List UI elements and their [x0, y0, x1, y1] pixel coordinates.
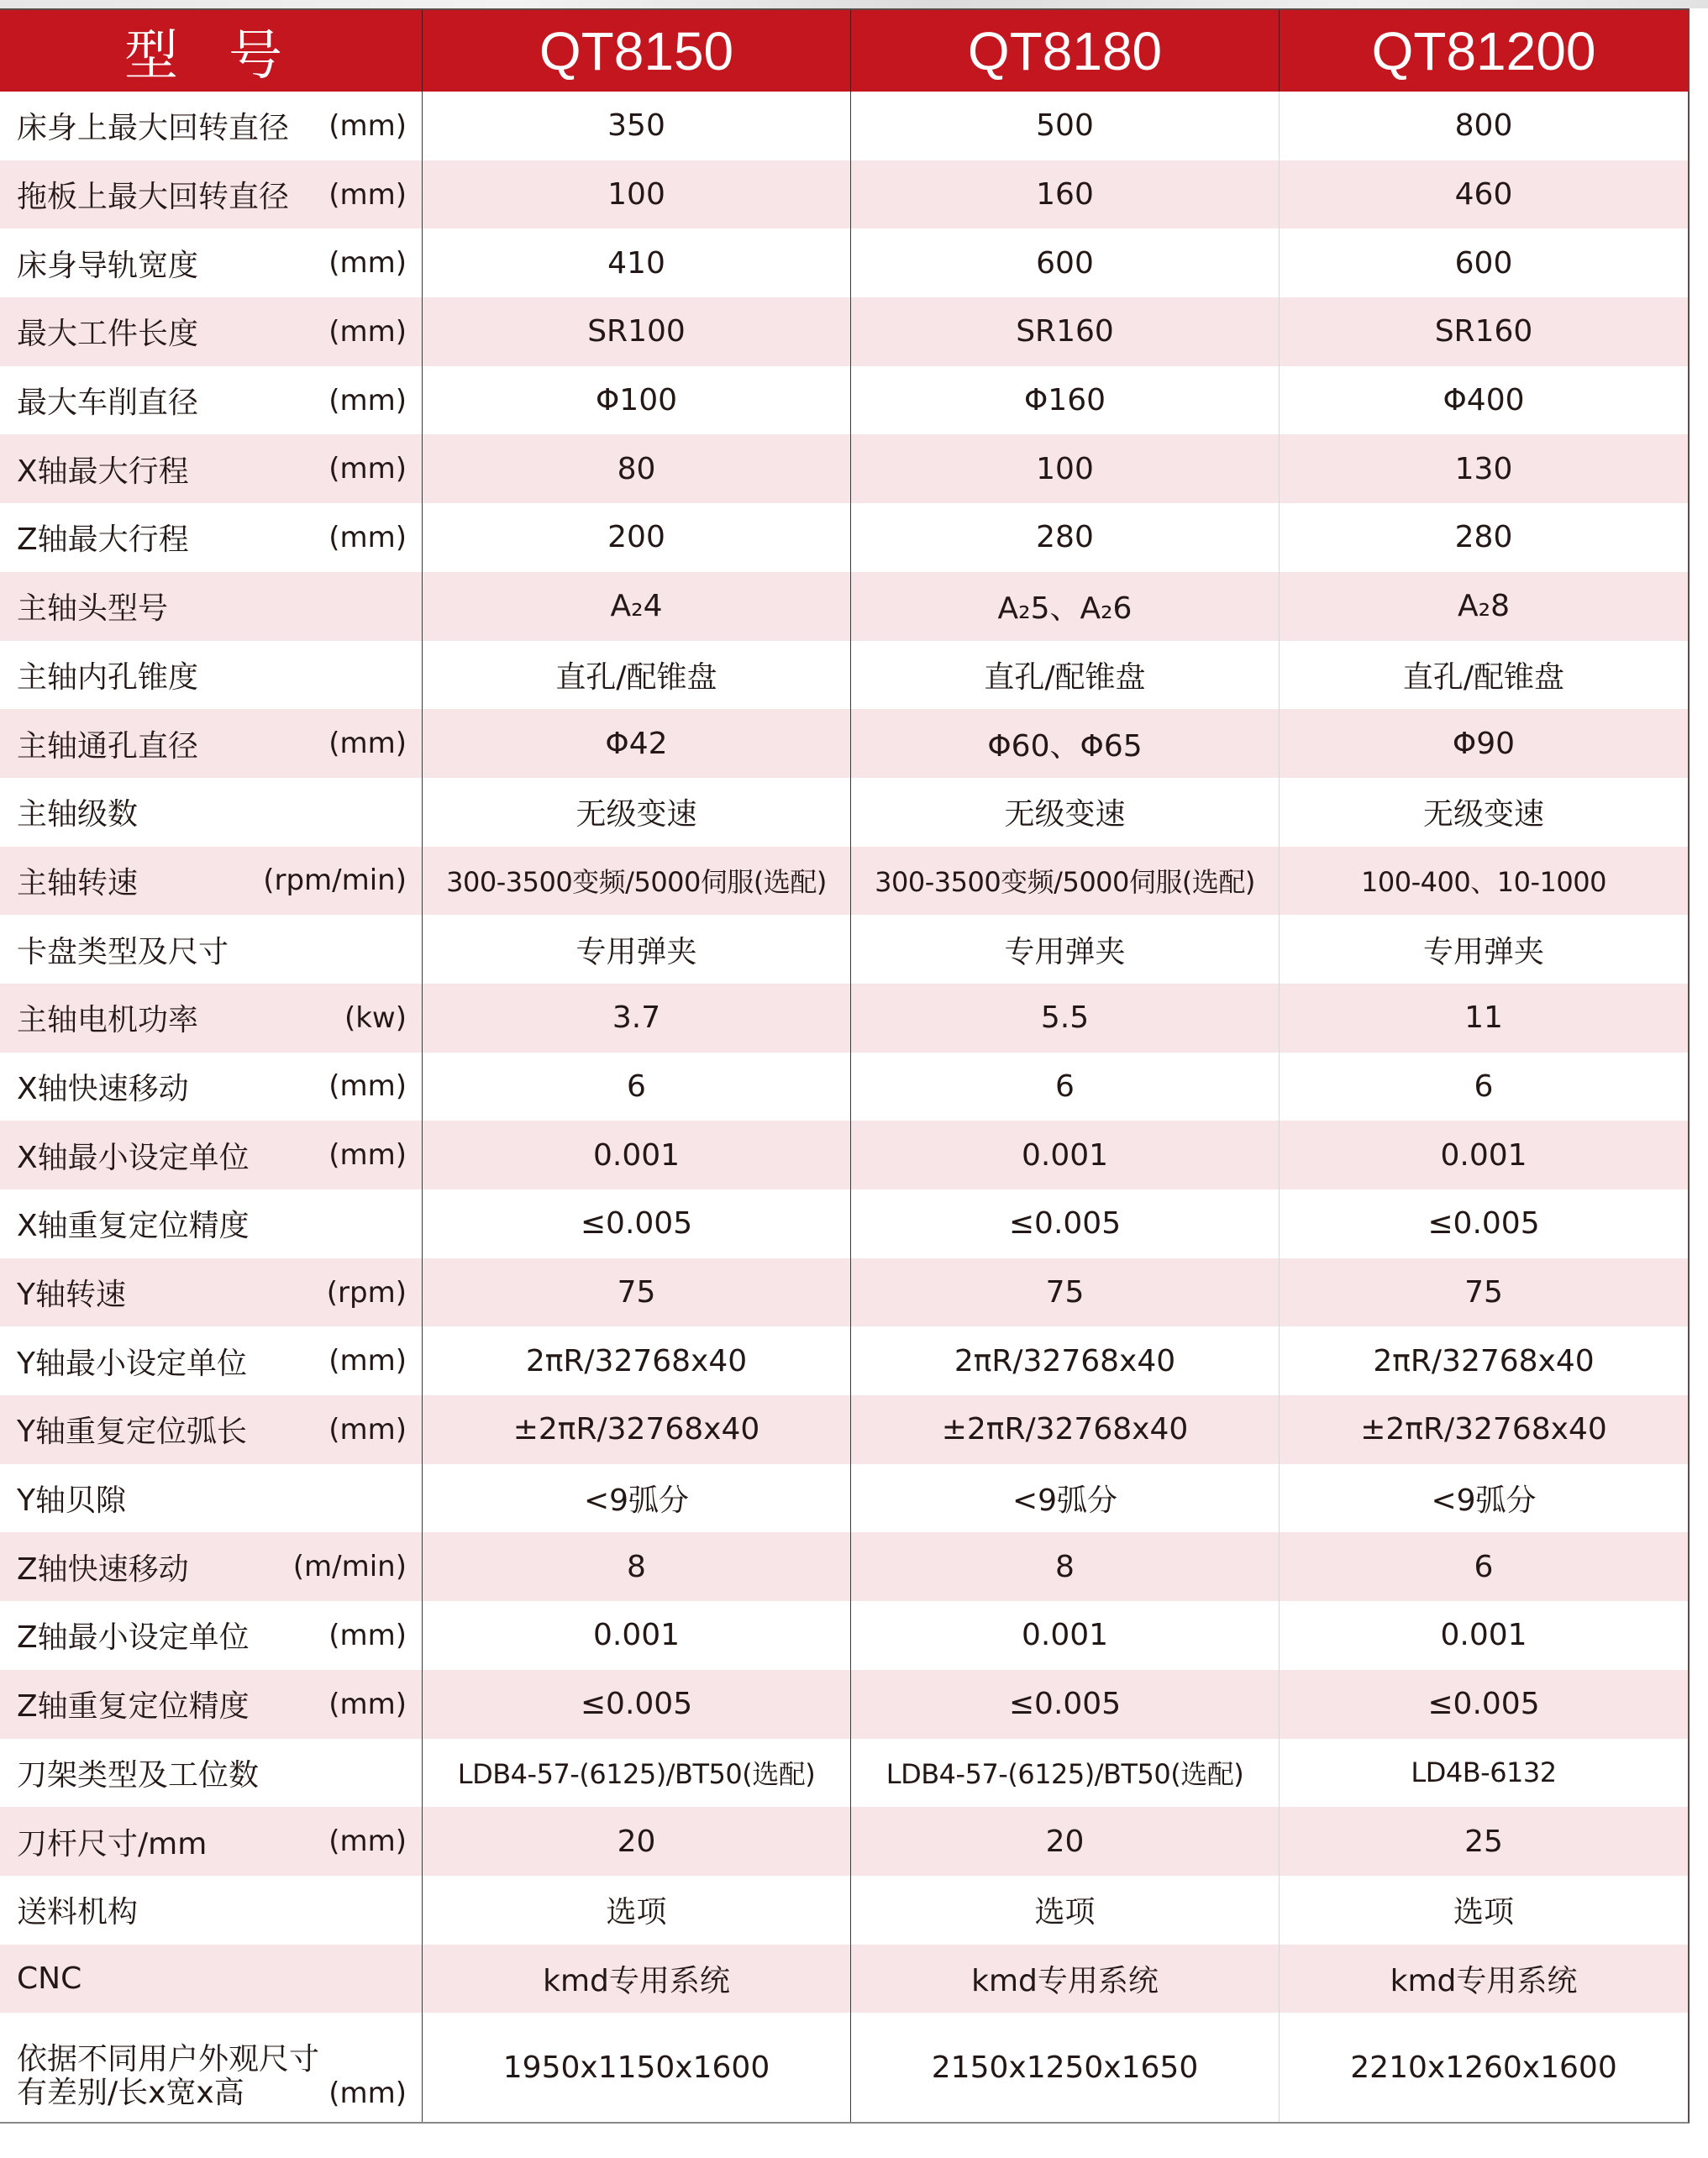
row-label-cell: 床身上最大回转直径(mm) — [0, 92, 423, 160]
row-label: Y轴转速 — [17, 1271, 126, 1314]
table-row: 最大工件长度(mm)SR100SR160SR160 — [0, 297, 1688, 366]
value-qt8180: 专用弹夹 — [851, 915, 1280, 984]
value-qt81200: 130 — [1280, 434, 1688, 503]
spec-table: 型号 QT8150 QT8180 QT81200 床身上最大回转直径(mm)35… — [0, 8, 1690, 2124]
row-label: 主轴级数 — [17, 790, 138, 833]
row-label-cell: 床身导轨宽度(mm) — [0, 228, 423, 297]
row-label-cell: 送料机构 — [0, 1876, 423, 1945]
value-qt8150: 6 — [423, 1053, 851, 1121]
row-label: 床身上最大回转直径 — [17, 104, 289, 147]
row-label-cell: CNC — [0, 1945, 423, 2014]
row-label: X轴最小设定单位 — [17, 1134, 250, 1177]
decorative-top-band — [0, 0, 1708, 8]
row-label-cell: 主轴头型号 — [0, 572, 423, 641]
row-unit: (m/min) — [293, 1550, 407, 1583]
value-qt8150: 0.001 — [423, 1601, 851, 1670]
table-row: 最大车削直径(mm)Φ100Φ160Φ400 — [0, 366, 1688, 435]
value-qt8150: ≤0.005 — [423, 1670, 851, 1739]
value-qt81200: 0.001 — [1280, 1601, 1688, 1670]
table-row-dimensions: 依据不同用户外观尺寸 有差别/长x宽x高 (mm) 1950x1150x1600… — [0, 2013, 1688, 2122]
row-label-cell: X轴快速移动(mm) — [0, 1053, 423, 1121]
table-row: Y轴重复定位弧长(mm)±2πR/32768x40±2πR/32768x40±2… — [0, 1395, 1688, 1464]
value-qt8150: Φ100 — [423, 366, 851, 435]
row-label: 最大工件长度 — [17, 310, 198, 353]
row-label-cell: Z轴快速移动(m/min) — [0, 1532, 423, 1601]
value-qt8150: SR100 — [423, 297, 851, 366]
value-qt8180: 300-3500变频/5000伺服(选配) — [851, 847, 1280, 916]
value-qt8150: 410 — [423, 228, 851, 297]
value-qt8180: 20 — [851, 1807, 1280, 1876]
table-row: X轴最小设定单位(mm)0.0010.0010.001 — [0, 1121, 1688, 1189]
value-qt8150: 2πR/32768x40 — [423, 1326, 851, 1395]
value-qt81200: 6 — [1280, 1053, 1688, 1121]
row-label: X轴最大行程 — [17, 448, 189, 491]
table-row: Z轴重复定位精度(mm)≤0.005≤0.005≤0.005 — [0, 1670, 1688, 1739]
row-label: 床身导轨宽度 — [17, 242, 198, 285]
value-qt81200: 280 — [1280, 503, 1688, 572]
value-qt81200: 直孔/配锥盘 — [1280, 641, 1688, 710]
value-qt8180: 2πR/32768x40 — [851, 1326, 1280, 1395]
value-qt8150: 直孔/配锥盘 — [423, 641, 851, 710]
value-qt8180: 500 — [851, 92, 1280, 160]
value-qt8180: 直孔/配锥盘 — [851, 641, 1280, 710]
value-qt8180: ≤0.005 — [851, 1189, 1280, 1258]
value-qt8150: 3.7 — [423, 984, 851, 1053]
row-label-cell: 主轴转速(rpm/min) — [0, 847, 423, 916]
row-unit: (mm) — [328, 1138, 407, 1172]
row-label-cell: 主轴级数 — [0, 778, 423, 847]
value-qt8180: 8 — [851, 1532, 1280, 1601]
row-unit: (mm) — [328, 246, 407, 280]
value-qt8180: <9弧分 — [851, 1464, 1280, 1533]
value-qt8150: ≤0.005 — [423, 1189, 851, 1258]
value-qt8180: 0.001 — [851, 1601, 1280, 1670]
row-unit: (mm) — [328, 109, 407, 143]
row-unit: (mm) — [328, 452, 407, 486]
row-label: 主轴内孔锥度 — [17, 654, 198, 696]
row-label: 刀杆尺寸/mm — [17, 1820, 207, 1863]
row-unit: (mm) — [328, 521, 407, 554]
value-qt8150: 75 — [423, 1258, 851, 1327]
row-label: 拖板上最大回转直径 — [17, 173, 289, 216]
row-label-cell: 主轴电机功率(kw) — [0, 984, 423, 1053]
value-qt8150: 专用弹夹 — [423, 915, 851, 984]
row-label-line1: 依据不同用户外观尺寸 — [17, 2043, 319, 2077]
value-qt8150: 200 — [423, 503, 851, 572]
row-label: CNC — [17, 1961, 81, 1996]
value-qt8180: Φ160 — [851, 366, 1280, 435]
row-label: Z轴重复定位精度 — [17, 1683, 250, 1725]
value-qt8180: ≤0.005 — [851, 1670, 1280, 1739]
table-header: 型号 QT8150 QT8180 QT81200 — [0, 10, 1688, 92]
table-row: 卡盘类型及尺寸专用弹夹专用弹夹专用弹夹 — [0, 915, 1688, 984]
row-label: 主轴通孔直径 — [17, 722, 198, 765]
value-qt81200: 800 — [1280, 92, 1688, 160]
value-qt8150: kmd专用系统 — [423, 1945, 851, 2014]
table-row: 主轴头型号A₂4A₂5、A₂6A₂8 — [0, 572, 1688, 641]
row-unit: (mm) — [328, 1688, 407, 1721]
value-qt81200: Φ90 — [1280, 709, 1688, 778]
row-label-cell: X轴最小设定单位(mm) — [0, 1121, 423, 1189]
value-qt8180: A₂5、A₂6 — [851, 572, 1280, 641]
table-row: 送料机构选项选项选项 — [0, 1876, 1688, 1945]
row-label: 卡盘类型及尺寸 — [17, 928, 229, 971]
value-qt8180: 2150x1250x1650 — [851, 2013, 1280, 2122]
value-qt81200: 100-400、10-1000 — [1280, 847, 1688, 916]
row-unit: (rpm) — [327, 1276, 407, 1310]
row-unit: (kw) — [344, 1001, 407, 1035]
row-label: Z轴快速移动 — [17, 1546, 189, 1588]
row-label-cell: Y轴贝隙 — [0, 1464, 423, 1533]
table-row: 主轴转速(rpm/min)300-3500变频/5000伺服(选配)300-35… — [0, 847, 1688, 916]
row-label-cell: Y轴重复定位弧长(mm) — [0, 1395, 423, 1464]
value-qt8180: 0.001 — [851, 1121, 1280, 1189]
row-label: Y轴重复定位弧长 — [17, 1408, 247, 1451]
row-label: X轴快速移动 — [17, 1065, 189, 1108]
row-label: 送料机构 — [17, 1888, 138, 1931]
value-qt8150: 1950x1150x1600 — [423, 2013, 851, 2122]
value-qt8150: 8 — [423, 1532, 851, 1601]
row-label: Y轴贝隙 — [17, 1477, 126, 1520]
value-qt8180: 160 — [851, 160, 1280, 229]
value-qt8180: 5.5 — [851, 984, 1280, 1053]
row-label-cell: Z轴重复定位精度(mm) — [0, 1670, 423, 1739]
value-qt81200: 专用弹夹 — [1280, 915, 1688, 984]
value-qt8180: 无级变速 — [851, 778, 1280, 847]
header-model-qt8150: QT8150 — [423, 10, 851, 92]
row-unit: (rpm/min) — [263, 864, 407, 897]
value-qt81200: 75 — [1280, 1258, 1688, 1327]
row-label-cell: X轴重复定位精度 — [0, 1189, 423, 1258]
value-qt8150: 20 — [423, 1807, 851, 1876]
value-qt8150: 选项 — [423, 1876, 851, 1945]
row-label-cell: X轴最大行程(mm) — [0, 434, 423, 503]
row-label-cell: 主轴内孔锥度 — [0, 641, 423, 710]
table-body: 床身上最大回转直径(mm)350500800拖板上最大回转直径(mm)10016… — [0, 92, 1688, 2013]
table-row: 刀架类型及工位数LDB4-57-(6125)/BT50(选配)LDB4-57-(… — [0, 1739, 1688, 1808]
value-qt8150: Φ42 — [423, 709, 851, 778]
value-qt8180: kmd专用系统 — [851, 1945, 1280, 2014]
table-row: X轴快速移动(mm)666 — [0, 1053, 1688, 1121]
row-label-cell: 最大工件长度(mm) — [0, 297, 423, 366]
table-row: Y轴贝隙<9弧分<9弧分<9弧分 — [0, 1464, 1688, 1533]
row-unit: (mm) — [328, 1619, 407, 1652]
row-unit: (mm) — [328, 1413, 407, 1447]
value-qt81200: A₂8 — [1280, 572, 1688, 641]
value-qt8180: 6 — [851, 1053, 1280, 1121]
value-qt81200: 6 — [1280, 1532, 1688, 1601]
value-qt81200: 25 — [1280, 1807, 1688, 1876]
table-row: 床身上最大回转直径(mm)350500800 — [0, 92, 1688, 160]
row-label-cell: Y轴转速(rpm) — [0, 1258, 423, 1327]
row-label-cell: Z轴最小设定单位(mm) — [0, 1601, 423, 1670]
value-qt8180: 75 — [851, 1258, 1280, 1327]
table-row: 主轴级数无级变速无级变速无级变速 — [0, 778, 1688, 847]
value-qt8150: 300-3500变频/5000伺服(选配) — [423, 847, 851, 916]
row-label: Z轴最大行程 — [17, 516, 189, 559]
row-label: 主轴头型号 — [17, 585, 168, 627]
value-qt81200: 选项 — [1280, 1876, 1688, 1945]
table-row: Z轴快速移动(m/min)886 — [0, 1532, 1688, 1601]
value-qt8150: ±2πR/32768x40 — [423, 1395, 851, 1464]
row-label: 最大车削直径 — [17, 379, 198, 422]
row-label-cell: 拖板上最大回转直径(mm) — [0, 160, 423, 229]
row-unit: (mm) — [328, 178, 407, 212]
table-row: CNCkmd专用系统kmd专用系统kmd专用系统 — [0, 1945, 1688, 2014]
value-qt81200: 无级变速 — [1280, 778, 1688, 847]
header-model-label: 型号 — [0, 10, 423, 92]
table-row: 主轴电机功率(kw)3.75.511 — [0, 984, 1688, 1053]
table-row: 主轴通孔直径(mm)Φ42Φ60、Φ65Φ90 — [0, 709, 1688, 778]
row-label: 主轴电机功率 — [17, 996, 198, 1039]
value-qt81200: ≤0.005 — [1280, 1189, 1688, 1258]
table-row: X轴重复定位精度≤0.005≤0.005≤0.005 — [0, 1189, 1688, 1258]
value-qt81200: 2πR/32768x40 — [1280, 1326, 1688, 1395]
row-label-cell: Z轴最大行程(mm) — [0, 503, 423, 572]
value-qt8180: ±2πR/32768x40 — [851, 1395, 1280, 1464]
row-unit: (mm) — [328, 1825, 407, 1858]
value-qt81200: 600 — [1280, 228, 1688, 297]
value-qt81200: SR160 — [1280, 297, 1688, 366]
table-row: Y轴转速(rpm)757575 — [0, 1258, 1688, 1327]
row-label-cell: 最大车削直径(mm) — [0, 366, 423, 435]
row-label: 主轴转速 — [17, 859, 138, 902]
row-label-cell: 卡盘类型及尺寸 — [0, 915, 423, 984]
value-qt81200: 460 — [1280, 160, 1688, 229]
value-qt81200: ≤0.005 — [1280, 1670, 1688, 1739]
value-qt8150: 无级变速 — [423, 778, 851, 847]
table-row: Z轴最大行程(mm)200280280 — [0, 503, 1688, 572]
value-qt81200: ±2πR/32768x40 — [1280, 1395, 1688, 1464]
value-qt8150: 0.001 — [423, 1121, 851, 1189]
table-row: Z轴最小设定单位(mm)0.0010.0010.001 — [0, 1601, 1688, 1670]
value-qt8150: 80 — [423, 434, 851, 503]
row-label-cell: 刀架类型及工位数 — [0, 1739, 423, 1808]
value-qt8180: Φ60、Φ65 — [851, 709, 1280, 778]
value-qt81200: LD4B-6132 — [1280, 1739, 1688, 1808]
value-qt8180: 100 — [851, 434, 1280, 503]
value-qt8150: 100 — [423, 160, 851, 229]
row-label-line2: 有差别/长x宽x高 — [17, 2077, 319, 2110]
value-qt81200: 0.001 — [1280, 1121, 1688, 1189]
row-unit: (mm) — [328, 1069, 407, 1103]
value-qt8150: A₂4 — [423, 572, 851, 641]
header-model-qt8180: QT8180 — [851, 10, 1280, 92]
value-qt8150: LDB4-57-(6125)/BT50(选配) — [423, 1739, 851, 1808]
table-row: Y轴最小设定单位(mm)2πR/32768x402πR/32768x402πR/… — [0, 1326, 1688, 1395]
value-qt8180: 600 — [851, 228, 1280, 297]
header-model-qt81200: QT81200 — [1280, 10, 1688, 92]
value-qt81200: 2210x1260x1600 — [1280, 2013, 1688, 2122]
value-qt81200: 11 — [1280, 984, 1688, 1053]
value-qt8180: 选项 — [851, 1876, 1280, 1945]
value-qt8180: SR160 — [851, 297, 1280, 366]
value-qt8150: 350 — [423, 92, 851, 160]
row-unit: (mm) — [328, 384, 407, 417]
row-label: 刀架类型及工位数 — [17, 1751, 259, 1794]
value-qt81200: kmd专用系统 — [1280, 1945, 1688, 2014]
row-label-cell: Y轴最小设定单位(mm) — [0, 1326, 423, 1395]
row-label: Z轴最小设定单位 — [17, 1614, 250, 1657]
row-unit: (mm) — [328, 1344, 407, 1378]
table-row: 床身导轨宽度(mm)410600600 — [0, 228, 1688, 297]
row-unit: (mm) — [328, 727, 407, 760]
table-row: X轴最大行程(mm)80100130 — [0, 434, 1688, 503]
row-unit: (mm) — [328, 315, 407, 349]
row-label: 依据不同用户外观尺寸 有差别/长x宽x高 — [17, 2043, 319, 2110]
value-qt81200: <9弧分 — [1280, 1464, 1688, 1533]
value-qt8150: <9弧分 — [423, 1464, 851, 1533]
value-qt8180: 280 — [851, 503, 1280, 572]
row-label-cell: 刀杆尺寸/mm(mm) — [0, 1807, 423, 1876]
row-label: Y轴最小设定单位 — [17, 1340, 247, 1383]
row-label-cell: 主轴通孔直径(mm) — [0, 709, 423, 778]
row-label: X轴重复定位精度 — [17, 1202, 250, 1245]
row-label-cell: 依据不同用户外观尺寸 有差别/长x宽x高 (mm) — [0, 2013, 423, 2122]
value-qt81200: Φ400 — [1280, 366, 1688, 435]
table-row: 主轴内孔锥度直孔/配锥盘直孔/配锥盘直孔/配锥盘 — [0, 641, 1688, 710]
row-unit: (mm) — [328, 2077, 407, 2110]
table-row: 刀杆尺寸/mm(mm)202025 — [0, 1807, 1688, 1876]
table-row: 拖板上最大回转直径(mm)100160460 — [0, 160, 1688, 229]
value-qt8180: LDB4-57-(6125)/BT50(选配) — [851, 1739, 1280, 1808]
